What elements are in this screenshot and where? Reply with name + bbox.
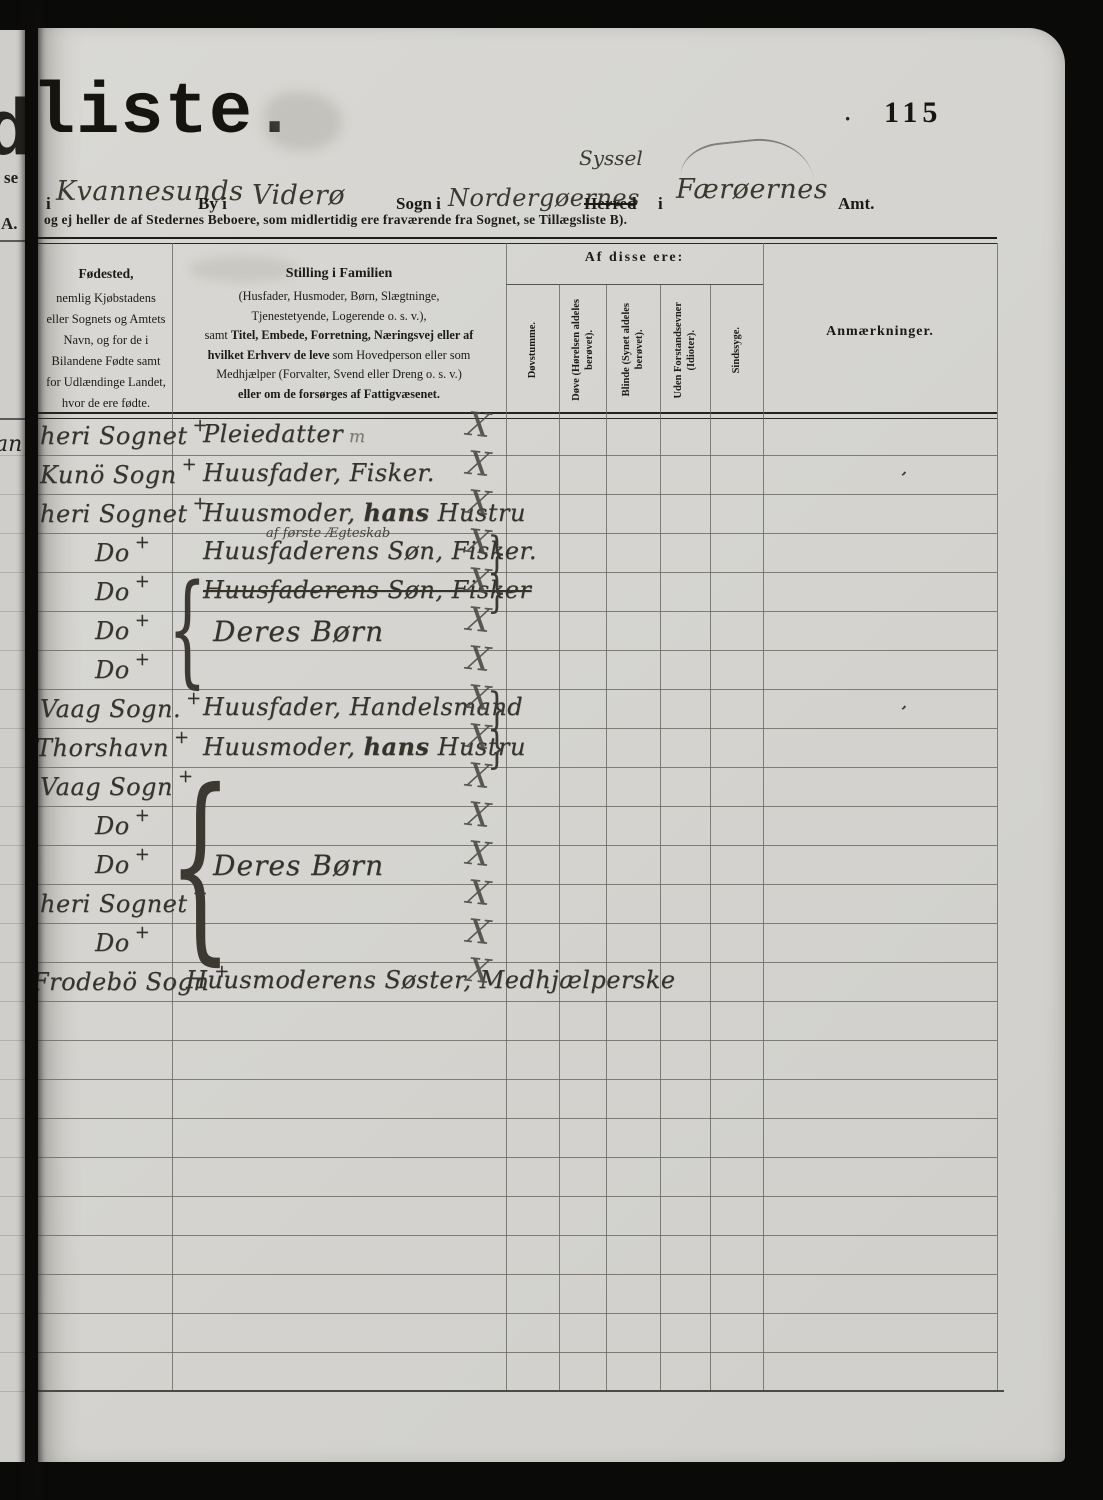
header-col2-segment: Titel, Embede, Forretning, Næringsvej el… bbox=[231, 328, 474, 342]
entry-birthplace: heri Sognet+ bbox=[40, 500, 208, 528]
header-fodested: Fødested, nemlig Kjøbstadenseller Sognet… bbox=[40, 266, 172, 414]
label-sogn-i: Sogn i bbox=[396, 194, 441, 214]
tally-header: Døve (Hørelsen aldelesberøvet). bbox=[559, 286, 606, 414]
baptism-cross-mark: + bbox=[182, 454, 198, 475]
tally-x-mark: X bbox=[465, 404, 492, 445]
baptism-cross-mark: + bbox=[135, 571, 151, 592]
header-anmaerkninger: Anmærkninger. bbox=[763, 324, 997, 340]
group-label: Deres Børn bbox=[213, 615, 384, 648]
sogn-handwritten: Viderø bbox=[252, 180, 345, 211]
label-herred-struck: Herred bbox=[584, 194, 637, 214]
handwriting-segment: hans bbox=[364, 498, 430, 527]
handwriting-segment: Huusmoder, bbox=[203, 499, 364, 527]
baptism-cross-mark: + bbox=[135, 805, 151, 826]
header-col2-segment: (Husfader, Husmoder, Børn, Slægtninge, bbox=[239, 289, 440, 303]
entry-stilling: Huusmoderens Søster, Medhjælperske bbox=[186, 966, 676, 994]
label-i: i bbox=[46, 194, 51, 214]
baptism-cross-mark: + bbox=[135, 844, 151, 865]
baptism-cross-mark: + bbox=[174, 727, 190, 748]
tally-x-mark: X bbox=[465, 560, 492, 601]
group-label: Deres Børn bbox=[213, 849, 384, 882]
handwriting-segment: hans bbox=[364, 732, 430, 761]
tally-x-mark: X bbox=[465, 794, 492, 835]
entry-birthplace: Do+ bbox=[95, 617, 150, 645]
header-col2-segment: som Hovedperson eller som bbox=[330, 348, 471, 362]
header-stilling: Stilling i Familien (Husfader, Husmoder,… bbox=[176, 266, 502, 404]
table-column-line bbox=[997, 243, 998, 1391]
label-amt: Amt. bbox=[838, 194, 874, 214]
header-col2-line: eller om de forsørges af Fattigvæsenet. bbox=[176, 385, 502, 405]
edge-letter-fragment: d bbox=[0, 88, 25, 179]
tally-header: Uden Forstandsevner(Idioter). bbox=[660, 286, 710, 414]
header-col2-segment: eller om de forsørges af Fattigvæsenet. bbox=[238, 387, 440, 401]
header-col2-line: Medhjælper (Forvalter, Svend eller Dreng… bbox=[176, 365, 502, 385]
header-col2-line: Tjenestetyende, Logerende o. s. v.), bbox=[176, 307, 502, 327]
tally-x-mark: X bbox=[465, 638, 492, 679]
header-col2-line: (Husfader, Husmoder, Børn, Slægtninge, bbox=[176, 287, 502, 307]
baptism-cross-mark: + bbox=[135, 610, 151, 631]
tally-header: Døvstumme. bbox=[506, 286, 559, 414]
header-col1-line: nemlig Kjøbstadens bbox=[40, 288, 172, 309]
tally-x-mark: X bbox=[465, 521, 492, 562]
handwriting-segment: m bbox=[343, 427, 366, 447]
label-by-i: By i bbox=[198, 194, 227, 214]
tally-x-mark: X bbox=[465, 482, 492, 523]
entry-birthplace: Do+ bbox=[95, 812, 150, 840]
scanned-census-page: d se A. an liste. 115 · i Kvannesunds By… bbox=[0, 0, 1103, 1500]
grouping-brace: { bbox=[168, 569, 207, 691]
tally-x-mark: X bbox=[465, 833, 492, 874]
table-column-line bbox=[763, 243, 764, 1391]
header-af-disse-ere: Af disse ere: bbox=[506, 250, 763, 266]
handwriting-segment: Huusmoderens Søster, Medhjælperske bbox=[186, 966, 676, 994]
table-column-line bbox=[710, 285, 711, 1391]
header-col1-line: Bilandene Fødte samt bbox=[40, 351, 172, 372]
edge-list-label: A. bbox=[1, 214, 18, 234]
tally-x-mark: X bbox=[465, 872, 492, 913]
header-col2-segment: samt bbox=[205, 328, 231, 342]
tally-x-mark: X bbox=[465, 950, 492, 991]
table-column-line bbox=[559, 285, 560, 1391]
entry-birthplace: Kunö Sogn+ bbox=[40, 461, 197, 489]
book-spine bbox=[25, 0, 38, 1500]
entry-birthplace: Do+ bbox=[95, 539, 150, 567]
double-rule-header-bottom bbox=[38, 412, 997, 419]
header-col2-line: samt Titel, Embede, Forretning, Næringsv… bbox=[176, 326, 502, 346]
tally-header-label: Blinde (Synet aldelesberøvet). bbox=[620, 303, 646, 396]
page-title: liste. bbox=[32, 72, 297, 154]
tally-header-label: Sindssyge. bbox=[730, 327, 743, 373]
baptism-cross-mark: + bbox=[135, 532, 151, 553]
entry-stilling: Pleiedatter m bbox=[203, 420, 366, 448]
tally-header-label: Uden Forstandsevner(Idioter). bbox=[672, 302, 698, 399]
handwriting-segment: Huusfader, Fisker. bbox=[203, 459, 435, 487]
header-col1-line: hvor de ere fødte. bbox=[40, 393, 172, 414]
header-col2-line: hvilket Erhverv de leve som Hovedperson … bbox=[176, 346, 502, 366]
tally-header-label: Døve (Hørelsen aldelesberøvet). bbox=[570, 299, 596, 401]
baptism-cross-mark: + bbox=[135, 922, 151, 943]
header-col1-line: for Udlændinge Landet, bbox=[40, 372, 172, 393]
table-column-line bbox=[660, 285, 661, 1391]
header-col2-segment: hvilket Erhverv de leve bbox=[208, 348, 330, 362]
header-col1-line: Navn, og for de i bbox=[40, 330, 172, 351]
handwriting-segment: Pleiedatter bbox=[203, 420, 343, 448]
header-fodested-title: Fødested, bbox=[40, 266, 172, 282]
edge-rule bbox=[0, 418, 25, 420]
header-col2-segment: Medhjælper (Forvalter, Svend eller Dreng… bbox=[216, 367, 462, 381]
tally-x-mark: X bbox=[465, 677, 492, 718]
header-col2-segment: Tjenestetyende, Logerende o. s. v.), bbox=[251, 309, 426, 323]
tally-header: Blinde (Synet aldelesberøvet). bbox=[606, 286, 660, 414]
entry-birthplace: Thorshavn+ bbox=[36, 734, 190, 762]
table-column-line bbox=[506, 243, 507, 1391]
af-disse-underline bbox=[506, 284, 763, 285]
edge-text-fragment: se bbox=[4, 168, 18, 188]
edge-row-lines bbox=[0, 455, 25, 1392]
table-bottom-rule bbox=[38, 1390, 1004, 1392]
exclusion-note: og ej heller de af Stedernes Beboere, so… bbox=[44, 212, 627, 228]
tally-x-mark: X bbox=[465, 599, 492, 640]
label-i2: i bbox=[658, 194, 663, 214]
entry-birthplace: Do+ bbox=[95, 578, 150, 606]
page-number: 115 bbox=[884, 96, 942, 130]
tally-header-label: Døvstumme. bbox=[526, 322, 539, 378]
header-stilling-title: Stilling i Familien bbox=[176, 266, 502, 282]
pen-dot: · bbox=[844, 106, 851, 132]
entry-birthplace: Do+ bbox=[95, 851, 150, 879]
edge-handwriting-fragment: an bbox=[0, 432, 22, 457]
entry-birthplace: Do+ bbox=[95, 656, 150, 684]
header-col1-line: eller Sognets og Amtets bbox=[40, 309, 172, 330]
tally-x-mark: X bbox=[465, 443, 492, 484]
census-page: liste. 115 · i Kvannesunds By i Viderø S… bbox=[38, 28, 1065, 1462]
tally-x-mark: X bbox=[465, 911, 492, 952]
table-column-line bbox=[606, 285, 607, 1391]
syssel-correction: Syssel bbox=[579, 146, 643, 170]
edge-rule bbox=[0, 240, 25, 242]
tally-x-mark: X bbox=[465, 755, 492, 796]
entry-birthplace: Do+ bbox=[95, 929, 150, 957]
entry-stilling: Huusfader, Fisker. bbox=[203, 459, 435, 487]
tally-header: Sindssyge. bbox=[710, 286, 763, 414]
adjacent-page-edge: d se A. an bbox=[0, 30, 25, 1462]
entry-birthplace: heri Sognet+ bbox=[40, 422, 208, 450]
ink-bleedthrough bbox=[264, 92, 342, 150]
tally-x-mark: X bbox=[465, 716, 492, 757]
double-rule-top bbox=[38, 237, 997, 244]
baptism-cross-mark: + bbox=[135, 649, 151, 670]
